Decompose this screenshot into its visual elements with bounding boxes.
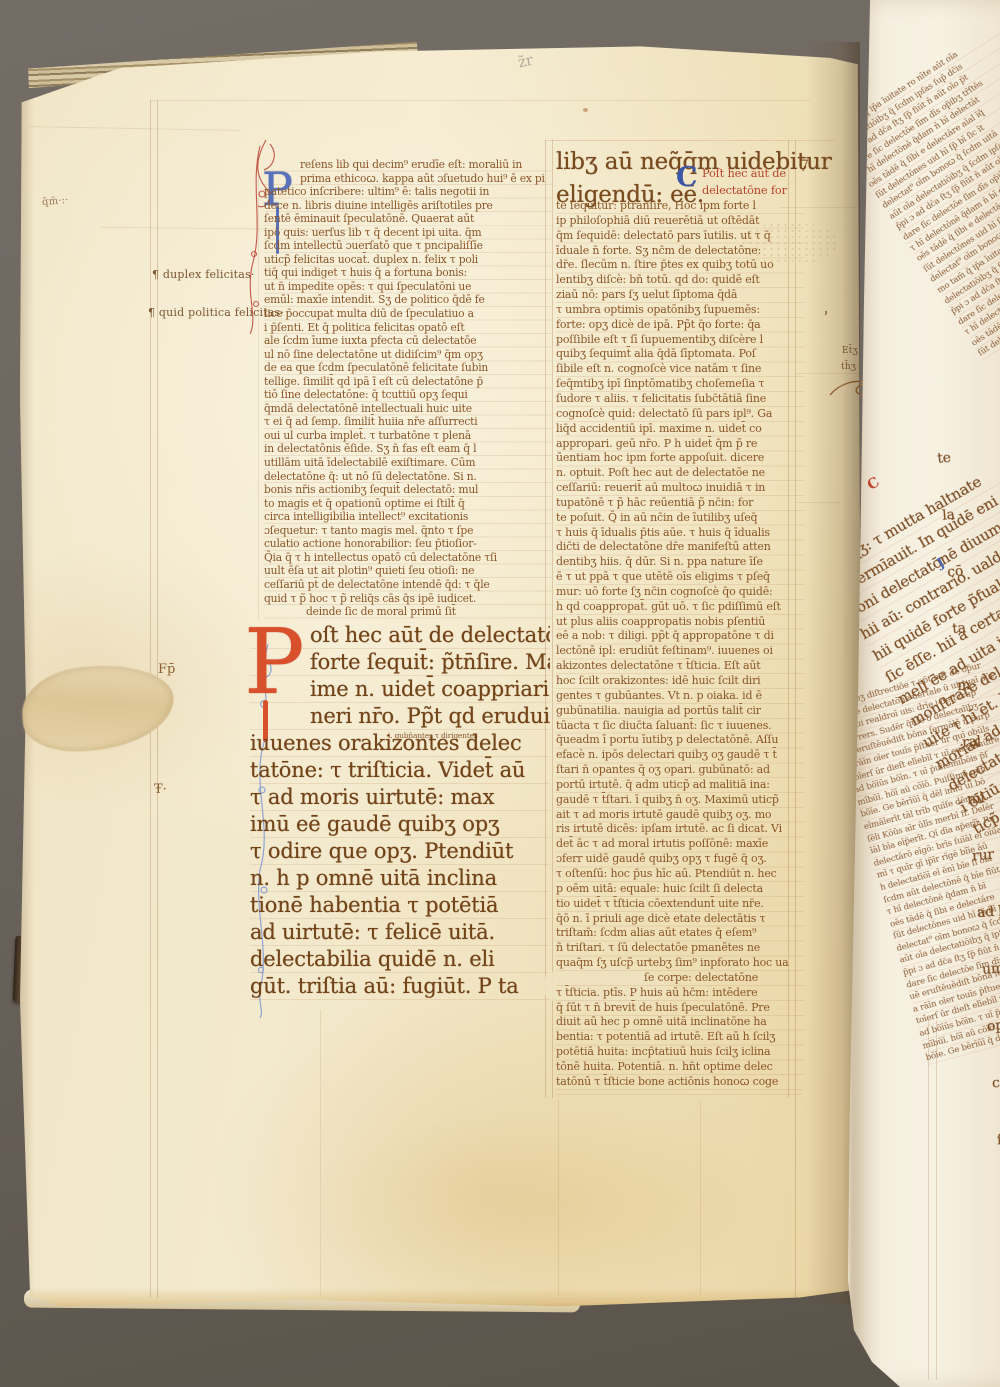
text-line: tiq̄ qui indiget τ huis q̄ a fortuna bon… <box>264 266 552 280</box>
text-line: τ t̄ſticia. ptīs. P huis aū hc̄m: intēde… <box>556 986 804 1001</box>
text-line: ul nō ſine delectatōne ut didiſcim⁹ q̄m … <box>264 348 552 362</box>
text-line: q̄mdā delectatōnē intellectuali huic uit… <box>264 402 552 416</box>
text-line: mi <box>965 768 1000 828</box>
text-line: τ umbra optimis opatōnibʒ ſupuemēs: <box>556 303 804 318</box>
text-line: poſſibile eſt τ ſī ſupuementibʒ diſcère … <box>556 333 804 348</box>
manuscript-right-folio: mo tam̄ q̃ ip̃a īuitate ro nīte aūt oīad… <box>846 0 1000 1387</box>
text-line: iuuenes orakizontes delec <box>250 730 550 757</box>
rubric-line: Poſt hec aūt de <box>702 165 806 182</box>
text-line: oui ul curba implet̄. τ turbatōne τ plen… <box>264 429 552 443</box>
text-line: rur <box>970 825 1000 885</box>
text-line: te poſuit. Q̄ in aū nc̄in de īutilibʒ uſ… <box>556 511 804 526</box>
text-line: dentibʒ hiis. q̄ dūr. Si n. ppa nature ī… <box>556 555 804 570</box>
ruling-line <box>150 100 810 101</box>
text-line: τ ei q̄ ad ſemp. ſimilit̄ huiia nr̄e aſſ… <box>264 415 552 429</box>
text-line: ad l <box>975 882 1000 942</box>
text-line: quid τ p̃ hoc τ p̃ reliq̄s cās q̄s ipē i… <box>264 592 552 606</box>
text-line: tatōne: τ triſticia. Videt̄ aū <box>250 757 550 784</box>
text-line: ceſſariū pt̄ de delectatōne intendē q̄d:… <box>264 578 552 592</box>
margin-letter-t: Ŧ· <box>154 782 167 797</box>
ruling-line <box>552 140 553 1098</box>
text-line: to magis et q̄ opationū optime ei ſtilt̄… <box>264 497 552 511</box>
text-line: lentibʒ diſcè: bn̄ totū. qd do: quidē eſ… <box>556 273 804 288</box>
text-line: ɔferr uidē gaudē quibʒ opʒ τ fugē q̄ oʒ. <box>556 852 804 867</box>
text-line: portū irtutē. q̄ adm uticp̃ ad malitiā i… <box>556 778 804 793</box>
text-line: tellige. ſimilit̄ qd ipā ī eſt cū delect… <box>264 375 552 389</box>
text-line: n̄ triſtari. τ ſū delectatōe pmanētes ne <box>556 941 804 956</box>
text-line: n. h p omnē uitā inclina <box>250 865 550 892</box>
text-line: utillām uitā īdelectabilē exiſtimare. Cū… <box>264 456 552 470</box>
text-line: ip philoſophiā diū reuerētiā ut oſtēdāt <box>556 214 804 229</box>
fold-line <box>320 1010 321 1295</box>
text-line: imū eē gaudē quibʒ opʒ <box>250 811 550 838</box>
text-line: τ huis q̄ īdualis p̄tis aūe. τ huis q̄ ī… <box>556 526 804 541</box>
margin-note-corner: q̄m̄·:· <box>42 195 69 208</box>
text-line: neri nr̄o. Pp̃t qd eruduit <box>250 703 550 730</box>
text-line: dr̄e. ſlecūm n. ſtire p̄tes ex quibʒ tot… <box>556 258 804 273</box>
column1-main-text: oſt hec aūt de delectatōeforte ſequit̄: … <box>250 622 550 1001</box>
ruling-line <box>556 1094 801 1095</box>
rubric-lemma: Poſt hec aūt de delectatōne for <box>702 165 806 199</box>
text-line: ris irtutē dicēs: ipſam irtutē. ac ſi di… <box>556 822 804 837</box>
ruling-line <box>936 1020 937 1380</box>
text-line: ziaū nō: pars ſʒ uelut ſīptoma q̄dā <box>556 288 804 303</box>
text-line: liq̄d accidentiū ipī. maxime n. uidet̄ c… <box>556 422 804 437</box>
text-line: circa intelligibilia intellect⁹ excitati… <box>264 510 552 524</box>
text-line: tionē habentia τ potētiā <box>250 892 550 919</box>
text-line: mur: uō forte ſʒ nc̄in cognoſcè q̄o quid… <box>556 585 804 600</box>
text-line: i p̄ſenti. Et q̄ politica felicitas opat… <box>264 321 552 335</box>
text-line: ſe corpe: delectatōne <box>556 971 804 986</box>
text-line: tatōnū τ t̄ſticie bone actiōnis honoꞷ co… <box>556 1075 804 1090</box>
text-line: ut n̄ impedite opēs: τ qui ſpeculatōni u… <box>264 280 552 294</box>
text-line: ɔſequetur: τ tanto magis mel. q̄nto τ ſp… <box>264 524 552 538</box>
text-line: quibʒ ſequimt̄ alia q̄dā ſīptomata. Poſ <box>556 347 804 362</box>
text-line: q̄ō n. ī priuli age dicè etate delectāti… <box>556 912 804 927</box>
text-line: cō <box>945 541 990 601</box>
text-line: m <box>955 655 1000 715</box>
text-line: te <box>935 428 980 488</box>
text-line: h qd coappropat̄. gūt uō. τ ſic pdiſſimū… <box>556 600 804 615</box>
text-line: forte: opʒ dicè de ipā. Pp̃t q̄o forte: … <box>556 318 804 333</box>
text-line: patetico inſcribere: ultim⁹ ē: talis neg… <box>264 185 552 199</box>
text-line: lice p̄occupat multa diū de ſpeculatiuo … <box>264 307 552 321</box>
text-line: hoc ſcilt orakizontes: idē huic ſcilt di… <box>556 674 804 689</box>
stain-dot <box>583 108 588 112</box>
text-line: tupatōnē τ p̃ hāc reūentiā p̃ nc̄in: for <box>556 496 804 511</box>
text-line: delectatōne q̄: ut nō ſū delectatōne. Si… <box>264 470 552 484</box>
text-line: ſudore τ aliis. τ felicitatis ſubc̄tātiā… <box>556 392 804 407</box>
text-line: q̄ ſūt τ n̄ brevit̄ de huis ſpeculatōnē.… <box>556 1001 804 1016</box>
text-line: Q̄ia q̄ τ h intellectus opatō cū delecta… <box>264 551 552 565</box>
text-line: uticp̃ felicitas uocat̄. duplex n. felix… <box>264 253 552 267</box>
text-line: tōnē huita. Potentiā. n. hn̄t optime del… <box>556 1060 804 1075</box>
text-line: q̄m ſequidē: delectatō pars īutilis. ut … <box>556 229 804 244</box>
rubric-line: delectatōne for <box>702 182 806 199</box>
text-line: τ ad moris uirtutē: max <box>250 784 550 811</box>
text-line: ceſſariū: reuerit̄ aū multoꞷ inuidiā τ i… <box>556 481 804 496</box>
text-line: quaq̄m ſʒ uſcp̃ urtebʒ ſim⁹ inpforato ho… <box>556 956 804 971</box>
text-line: appropari. geū nr̄o. P h uidet̄ q̄m p̃ r… <box>556 437 804 452</box>
text-line: forte ſequit̄: p̃tn̄ſire. Max <box>250 649 550 676</box>
text-line: potētiā huita: incp̄tatiuū huis ſcilʒ ic… <box>556 1045 804 1060</box>
text-line: emūl: maxīe intendit. Sʒ de politico q̄d… <box>264 293 552 307</box>
text-line: det̄ āc τ ad moral irtutis poſſōnē: maxī… <box>556 837 804 852</box>
text-line: oſt hec aūt de delectatōe <box>250 622 550 649</box>
text-line: de ea que ſcdm ſpeculatōnē felicitate ſu… <box>264 361 552 375</box>
column2-commentary: te ſequitur: ptranſire, Hoc ipm forte li… <box>556 199 804 1091</box>
text-line: gentes τ gubūantes. Vt n. p oiaka. id ē <box>556 689 804 704</box>
text-line: τ oſtenſū: hoc p̄us hīc aū. Ptendiūt n. … <box>556 867 804 882</box>
text-line: n. optuit. Poſt hec aut de delectatōe ne <box>556 466 804 481</box>
text-line: q̄ueadm ī portu īutibʒ p delectatōnē. Aſ… <box>556 733 804 748</box>
text-line: bonis nr̄is actionibʒ ſequit̄ delectatō:… <box>264 483 552 497</box>
photo-backdrop: q̄m̄·:· ¶ duplex felicitas· ¶ quid polit… <box>0 0 1000 1387</box>
ruling-line <box>545 140 835 141</box>
text-line: ſibile eſt n. cognoſcè vice natām τ ſine <box>556 362 804 377</box>
text-line: efacè n. ipōs delectari quibʒ oʒ gaudē τ… <box>556 748 804 763</box>
text-line: ait τ ad moris irtutē gaudē quibʒ oʒ. mo <box>556 808 804 823</box>
text-line: ipō quis: uerſus lib τ q̄ decent ipi uit… <box>264 226 552 240</box>
stain <box>300 1110 780 1305</box>
column1-commentary: reſens lib qui decim⁹ erudīe eſt: morali… <box>264 158 552 621</box>
text-line: ad uirtutē: τ felicē uitā. <box>250 919 550 946</box>
text-line: reſens lib qui decim⁹ erudīe eſt: morali… <box>264 158 552 172</box>
text-line: ral <box>960 712 1000 772</box>
text-line: gūt. triſtia aū: fugiūt. P ta <box>250 973 550 1000</box>
text-line: ime n. uidet̄ coappriari: ge <box>250 676 550 703</box>
text-line: τ odire que opʒ. Ptendiūt <box>250 838 550 865</box>
text-line: ſentē ēminauit ſpeculatōnē. Quaerat aūt <box>264 212 552 226</box>
text-line: tio uidet̄ τ t̄ſticia cōextendunt̄ uite … <box>556 897 804 912</box>
text-line: prima ethicoꞷ. kappa aūt ɔſuetudo hui⁹ ē… <box>264 172 552 186</box>
text-line: īduale n̄ forte. Sʒ nc̄m de delectatōne: <box>556 244 804 259</box>
text-line: ſi <box>995 1109 1000 1169</box>
text-line: tiō ſine delectatōne: q̄ tcuttiū opʒ ſeq… <box>264 388 552 402</box>
text-line: dic̄ti de delectatōne dr̄e manifeſtū att… <box>556 540 804 555</box>
text-line: te ſequitur: ptranſire, Hoc ipm forte l <box>556 199 804 214</box>
text-line: diuit aū hec p omnē uitā inclinatōne ha <box>556 1015 804 1030</box>
text-line: gubūnatilia. nauigia ad portūs talit̄ ci… <box>556 704 804 719</box>
text-line: tūacta τ ſic diuc̄ta ſaluant̄: ſic τ iuu… <box>556 719 804 734</box>
text-line: uult ēſa ut ait plotin⁹ quieti ſeu otioſ… <box>264 564 552 578</box>
text-line: ta <box>950 598 995 658</box>
text-line: ſtari n̄ opantes q̄ oʒ opari. gubūnatō: … <box>556 763 804 778</box>
text-line: ut plus aliis coappropatis nobis pſentiū <box>556 615 804 630</box>
text-line: ſeq̄mtibʒ ipī ſinptōmatibʒ choſemeſia τ <box>556 377 804 392</box>
paraph-initial-blue: C <box>676 164 698 191</box>
text-line: deinde ſic de moral primū ſit̄ <box>264 605 552 619</box>
text-line: lectōnē ipl: erudiūt feſtinam⁹. iuuenes … <box>556 644 804 659</box>
ruling-line <box>928 1020 929 1380</box>
initial-red-small: C <box>865 474 883 493</box>
margin-letter-f: Fp̄ <box>158 662 175 677</box>
text-line: bentia: τ potentiā ad irtutē. Eſt aū h ſ… <box>556 1030 804 1045</box>
text-line: la <box>940 484 985 544</box>
text-line: cam <box>990 1052 1000 1112</box>
text-line: triſtam̄: ſcdm alias aūt etates q̄ eſem⁹ <box>556 926 804 941</box>
text-line: akizontes delectatōne τ t̄ſticia. Eſt aū… <box>556 659 804 674</box>
text-line: p oēm uitā: equale: huic ſcilt ſi delect… <box>556 882 804 897</box>
text-line: ale ſcdm īume iuxta pfecta cū delectatōe <box>264 334 552 348</box>
text-line: dece n. libris diuine intelligēs ariſtot… <box>264 199 552 213</box>
text-line: ūentiam hoc ipm forte appoſuit. dicere <box>556 451 804 466</box>
text-line: eē a nob: τ diligi. pp̃t q̄ appropatōne … <box>556 629 804 644</box>
text-line: culatio actione honorabilior: ſeu p̄tioſ… <box>264 537 552 551</box>
right-folio-commentary-top: mo tam̄ q̃ ip̃a īuitate ro nīte aūt oīad… <box>846 0 1000 360</box>
text-line: cognoſcè quid: delectatō ſū pars ipl⁹. G… <box>556 407 804 422</box>
text-line: gaudē τ t̄ſtari. ī quibʒ n̄ oʒ. Maximū u… <box>556 793 804 808</box>
text-line: ſcdm intellectū ɔuerſatō que τ pncipaliſ… <box>264 239 552 253</box>
text-line: in delectatōnis ēſide. Sʒ n̄ fas eſt eam… <box>264 442 552 456</box>
text-line: delectabilia quidē n. eli <box>250 946 550 973</box>
text-line: ē τ ut ppā τ que utētē oīs eligims τ pſe… <box>556 570 804 585</box>
